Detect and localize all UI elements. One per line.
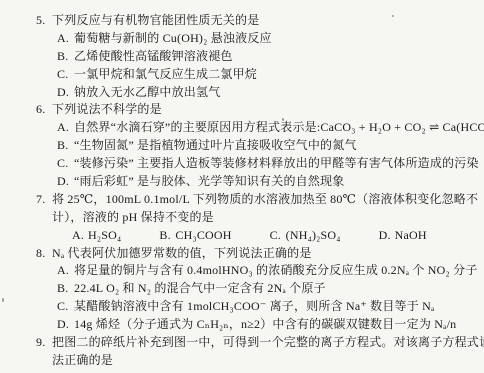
option-text: H₂SO₄ xyxy=(88,228,121,242)
option-row: D.“雨后彩虹” 是与胶体、光学等知识有关的自然现象 xyxy=(57,173,478,191)
option-row: B.22.4L O₂ 和 N₂ 的混合气中一定含有 2Nₐ 个原子 xyxy=(57,280,478,298)
option-label: B. xyxy=(159,227,175,245)
option-label: D. xyxy=(57,173,74,191)
option-text: CH₃COOH xyxy=(175,228,231,242)
option-inline: B.CH₃COOH xyxy=(159,227,231,245)
option-text: 钠放入无水乙醇中放出氢气 xyxy=(74,85,220,99)
option-row: D.钠放入无水乙醇中放出氢气 xyxy=(57,84,478,102)
question-stem-row: 6.下列说法不科学的是 xyxy=(36,101,478,119)
question-number: 7. xyxy=(36,191,51,209)
option-label: A. xyxy=(72,227,88,245)
scan-speck xyxy=(2,298,4,302)
option-text: 22.4L O₂ 和 N₂ 的混合气中一定含有 2Nₐ 个原子 xyxy=(74,281,326,295)
option-text: NaOH xyxy=(395,228,427,242)
question-stem-continued: 计），溶液的 pH 保持不变的是 xyxy=(52,210,214,224)
option-text: 将足量的铜片与含有 0.4molHNO₃ 的浓硝酸充分反应生成 0.2Nₐ 个 … xyxy=(74,263,478,277)
option-label: A. xyxy=(57,119,74,137)
question-stem-wrap-row: 法正确的是 xyxy=(52,352,478,370)
inline-options-row: A.H₂SO₄ B.CH₃COOH C.(NH₄)₂SO₄ D.NaOH xyxy=(72,227,478,245)
option-text: “生物固氮” 是指植物通过叶片直接吸收空气中的氮气 xyxy=(74,138,357,152)
option-label: A. xyxy=(57,30,74,48)
question-7: 7.将 25℃，100mL 0.1mol/L 下列物质的水溶液加热至 80℃（溶… xyxy=(36,191,478,245)
option-text: 14g 烯烃（分子通式为 CₙH₂ₙ，n≥2）中含有的碳碳双键数目一定为 Nₐ/… xyxy=(74,317,456,331)
option-label: B. xyxy=(57,280,74,298)
option-text: 乙烯使酸性高锰酸钾溶液褪色 xyxy=(74,49,233,63)
option-label: A. xyxy=(57,262,74,280)
question-8: 8.Nₐ 代表阿伏加德罗常数的值，下列说法正确的是 A.将足量的铜片与含有 0.… xyxy=(36,245,478,334)
option-row: A.自然界“水滴石穿”的主要原因用方程式表示是:CaCO₃ + H₂O + CO… xyxy=(57,119,478,137)
option-row: D.14g 烯烃（分子通式为 CₙH₂ₙ，n≥2）中含有的碳碳双键数目一定为 N… xyxy=(57,316,478,334)
question-stem-continued: 法正确的是 xyxy=(52,353,113,367)
option-text: (NH₄)₂SO₄ xyxy=(286,228,341,242)
question-9: 9.把图二的碎纸片补充到图一中，可得到一个完整的离子方程式。对该离子方程式说 法… xyxy=(36,334,478,370)
option-label: D. xyxy=(379,227,395,245)
question-stem-row: 9.把图二的碎纸片补充到图一中，可得到一个完整的离子方程式。对该离子方程式说 xyxy=(36,334,478,352)
scan-speck xyxy=(392,15,394,17)
question-5: 5.下列反应与有机物官能团性质无关的是 A.葡萄糖与新制的 Cu(OH)₂ 悬浊… xyxy=(36,12,478,101)
option-label: C. xyxy=(270,227,286,245)
option-inline: C.(NH₄)₂SO₄ xyxy=(270,227,341,245)
option-text: 自然界“水滴石穿”的主要原因用方程式表示是:CaCO₃ + H₂O + CO₂ … xyxy=(74,120,484,134)
option-row: A.将足量的铜片与含有 0.4molHNO₃ 的浓硝酸充分反应生成 0.2Nₐ … xyxy=(57,262,478,280)
option-text: 葡萄糖与新制的 Cu(OH)₂ 悬浊液反应 xyxy=(74,31,272,45)
option-label: C. xyxy=(57,298,74,316)
option-row: C.“装修污染” 主要指人造板等装修材料释放出的甲醛等有害气体所造成的污染 xyxy=(57,155,478,173)
option-label: D. xyxy=(57,316,74,334)
option-text: 某醋酸钠溶液中含有 1molCH₃COO⁻ 离子，则所含 Na⁺ 数目等于 Nₐ xyxy=(74,299,434,313)
option-label: B. xyxy=(57,137,74,155)
option-text: “雨后彩虹” 是与胶体、光学等知识有关的自然现象 xyxy=(74,174,344,188)
question-stem-wrap-row: 计），溶液的 pH 保持不变的是 xyxy=(52,209,478,227)
question-stem-row: 8.Nₐ 代表阿伏加德罗常数的值，下列说法正确的是 xyxy=(36,245,478,263)
option-label: D. xyxy=(57,84,74,102)
question-stem: 下列说法不科学的是 xyxy=(52,102,162,116)
question-6: 6.下列说法不科学的是 A.自然界“水滴石穿”的主要原因用方程式表示是:CaCO… xyxy=(36,101,478,190)
question-number: 9. xyxy=(36,334,51,352)
option-label: C. xyxy=(57,155,74,173)
option-row: A.葡萄糖与新制的 Cu(OH)₂ 悬浊液反应 xyxy=(57,30,478,48)
question-number: 5. xyxy=(36,12,51,30)
scan-speck xyxy=(282,118,284,121)
question-stem: 下列反应与有机物官能团性质无关的是 xyxy=(52,13,259,27)
question-number: 6. xyxy=(36,101,51,119)
question-number: 8. xyxy=(36,245,51,263)
option-row: C.某醋酸钠溶液中含有 1molCH₃COO⁻ 离子，则所含 Na⁺ 数目等于 … xyxy=(57,298,478,316)
option-label: C. xyxy=(57,66,74,84)
question-stem: 把图二的碎纸片补充到图一中，可得到一个完整的离子方程式。对该离子方程式说 xyxy=(52,335,484,349)
option-inline: A.H₂SO₄ xyxy=(72,227,121,245)
option-row: C.一氯甲烷和氯气反应生成二氯甲烷 xyxy=(57,66,478,84)
option-row: B.“生物固氮” 是指植物通过叶片直接吸收空气中的氮气 xyxy=(57,137,478,155)
question-stem-row: 7.将 25℃，100mL 0.1mol/L 下列物质的水溶液加热至 80℃（溶… xyxy=(36,191,478,209)
exam-page: 5.下列反应与有机物官能团性质无关的是 A.葡萄糖与新制的 Cu(OH)₂ 悬浊… xyxy=(0,0,484,373)
option-label: B. xyxy=(57,48,74,66)
question-stem: Nₐ 代表阿伏加德罗常数的值，下列说法正确的是 xyxy=(52,246,312,260)
question-stem-row: 5.下列反应与有机物官能团性质无关的是 xyxy=(36,12,478,30)
option-text: 一氯甲烷和氯气反应生成二氯甲烷 xyxy=(74,67,257,81)
option-inline: D.NaOH xyxy=(379,227,427,245)
option-row: B.乙烯使酸性高锰酸钾溶液褪色 xyxy=(57,48,478,66)
question-stem: 将 25℃，100mL 0.1mol/L 下列物质的水溶液加热至 80℃（溶液体… xyxy=(52,192,478,206)
option-text: “装修污染” 主要指人造板等装修材料释放出的甲醛等有害气体所造成的污染 xyxy=(74,156,479,170)
